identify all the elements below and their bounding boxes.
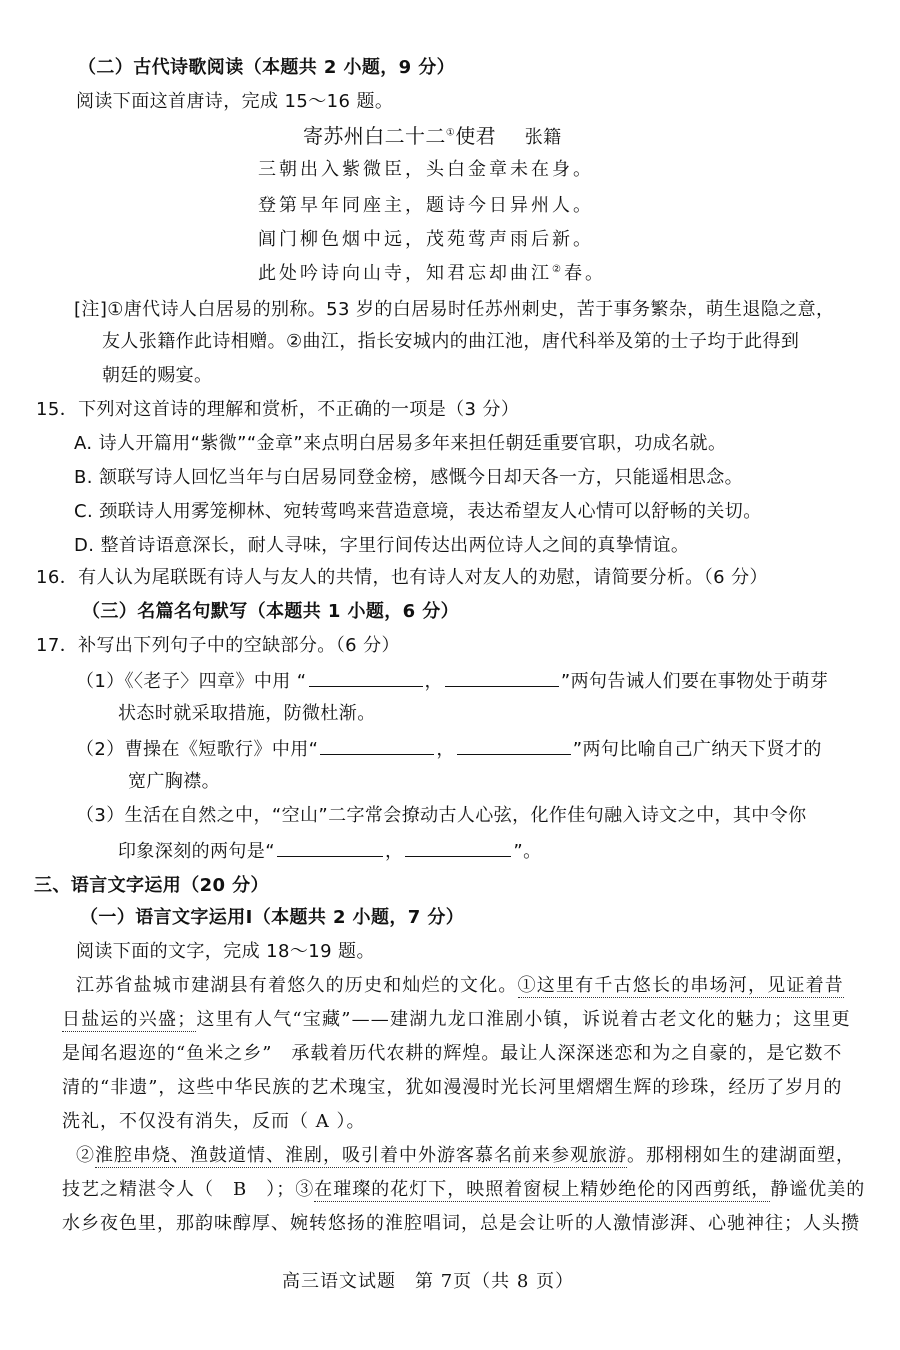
part-three-sub-heading: （一）语言文字运用Ⅰ（本题共 2 小题，7 分） [80, 906, 464, 930]
item-2-comma: ， [436, 739, 454, 760]
question-17-item-2: （2）曹操在《短歌行》中用“，”两句比喻自己广纳天下贤才的 [76, 736, 822, 762]
passage-line-2: 日盐运的兴盛；这里有人气“宝藏”——建湖九龙口淮剧小镇，诉说着古老文化的魅力；这… [62, 1008, 851, 1032]
question-15-option-a: A. 诗人开篇用“紫微”“金章”来点明白居易多年来担任朝廷重要官职，功成名就。 [74, 432, 726, 456]
poem-line-4-end: 春。 [564, 263, 606, 284]
poem-line-4: 此处吟诗向山寺，知君忘却曲江②春。 [258, 262, 606, 286]
underlined-sentence-1: ①这里有千古悠长的串场河，见证着昔 [518, 975, 844, 998]
passage-line-6: ②淮腔串烧、渔鼓道情、淮剧，吸引着中外游客慕名前来参观旅游。那栩栩如生的建湖面塑… [76, 1144, 855, 1168]
answer-blank-1a[interactable] [309, 668, 423, 687]
page-footer: 高三语文试题 第 7页（共 8 页） [282, 1270, 574, 1294]
item-2-prefix: （2）曹操在《短歌行》中用“ [76, 739, 318, 760]
passage-line-8: 水乡夜色里，那韵味醇厚、婉转悠扬的淮腔唱词，总是会让听的人激情澎湃、心驰神往；人… [62, 1212, 860, 1236]
question-17-stem: 17．补写出下列句子中的空缺部分。（6 分） [36, 634, 400, 658]
item-3-comma: ， [385, 841, 403, 862]
question-15-stem: 15．下列对这首诗的理解和赏析，不正确的一项是（3 分） [36, 398, 519, 422]
question-15-option-c: C. 颈联诗人用雾笼柳林、宛转莺鸣来营造意境，表达希望友人心情可以舒畅的关切。 [74, 500, 762, 524]
passage-line-7: 技艺之精湛令人（ B ）；③在璀璨的花灯下，映照着窗棂上精妙绝伦的冈西剪纸，静谧… [62, 1178, 865, 1202]
note-line-2: 友人张籍作此诗相赠。②曲江，指长安城内的曲江池，唐代科举及第的士子均于此得到 [102, 330, 799, 354]
passage-text: ② [76, 1145, 95, 1166]
answer-blank-2a[interactable] [320, 736, 434, 755]
poem-line-4-text: 此处吟诗向山寺，知君忘却曲江 [258, 263, 552, 284]
question-17-item-1-cont: 状态时就采取措施，防微杜渐。 [118, 702, 376, 726]
section-heading-recitation: （三）名篇名句默写（本题共 1 小题，6 分） [82, 600, 459, 624]
poem-line-1: 三朝出入紫微臣，头白金章未在身。 [258, 158, 594, 182]
footnote-mark-2: ② [552, 264, 564, 275]
item-3-prefix: 印象深刻的两句是“ [118, 841, 275, 862]
poem-line-2: 登第早年同座主，题诗今日异州人。 [258, 194, 594, 218]
passage-text: 这里有人气“宝藏”——建湖九龙口淮剧小镇，诉说着古老文化的魅力；这里更 [196, 1009, 850, 1030]
answer-blank-3a[interactable] [277, 838, 383, 857]
section-instruction: 阅读下面这首唐诗，完成 15～16 题。 [76, 90, 393, 114]
poem-line-3: 阊门柳色烟中远，茂苑莺声雨后新。 [258, 228, 594, 252]
poem-title-text: 寄苏州白二十二 [303, 124, 446, 148]
note-line-3: 朝廷的赐宴。 [102, 364, 212, 388]
passage-text: 静谧优美的 [770, 1179, 865, 1200]
underlined-sentence-1-end: 日盐运的兴盛； [62, 1009, 196, 1032]
item-3-suffix: ”。 [513, 841, 541, 862]
question-16-stem: 16．有人认为尾联既有诗人与友人的共情，也有诗人对友人的劝慰，请简要分析。（6 … [36, 566, 768, 590]
answer-blank-2b[interactable] [457, 736, 571, 755]
question-17-item-2-cont: 宽广胸襟。 [128, 770, 220, 794]
item-1-comma: ， [425, 671, 443, 692]
question-17-item-3: （3）生活在自然之中，“空山”二字常会撩动古人心弦，化作佳句融入诗文之中，其中令… [76, 804, 807, 828]
passage-text: 技艺之精湛令人（ B ）；③ [62, 1179, 314, 1200]
note-line-1: [注]①唐代诗人白居易的别称。53 岁的白居易时任苏州刺史，苦于事务繁杂，萌生退… [74, 298, 834, 322]
passage-text: 江苏省盐城市建湖县有着悠久的历史和灿烂的文化。 [76, 975, 518, 996]
section-heading-poetry: （二）古代诗歌阅读（本题共 2 小题，9 分） [78, 56, 455, 80]
answer-blank-3b[interactable] [405, 838, 511, 857]
passage-line-1: 江苏省盐城市建湖县有着悠久的历史和灿烂的文化。①这里有千古悠长的串场河，见证着昔 [76, 974, 844, 998]
item-1-prefix: （1）《〈老子〉四章》中用 “ [76, 671, 307, 692]
poem-title-suffix: 使君 [455, 124, 496, 148]
passage-line-5: 洗礼，不仅没有消失，反而（ A ）。 [62, 1110, 365, 1134]
passage-line-4: 清的“非遗”，这些中华民族的艺术瑰宝，犹如漫漫时光长河里熠熠生辉的珍珠，经历了岁… [62, 1076, 842, 1100]
question-17-item-1: （1）《〈老子〉四章》中用 “，”两句告诫人们要在事物处于萌芽 [76, 668, 828, 694]
question-17-item-3-cont: 印象深刻的两句是“，”。 [118, 838, 541, 864]
question-15-option-d: D. 整首诗语意深长，耐人寻味，字里行间传达出两位诗人之间的真挚情谊。 [74, 534, 689, 558]
poem-title: 寄苏州白二十二①使君 张籍 [303, 124, 562, 150]
part-three-heading: 三、语言文字运用（20 分） [34, 874, 269, 898]
underlined-sentence-2: 淮腔串烧、渔鼓道情、淮剧，吸引着中外游客慕名前来参观旅游 [95, 1145, 627, 1168]
item-2-suffix: ”两句比喻自己广纳天下贤才的 [573, 739, 822, 760]
part-three-instruction: 阅读下面的文字，完成 18～19 题。 [76, 940, 375, 964]
passage-line-3: 是闻名遐迩的“鱼米之乡” 承载着历代农耕的辉煌。最让人深深迷恋和为之自豪的，是它… [62, 1042, 842, 1066]
poem-author: 张籍 [525, 127, 562, 148]
footnote-mark-1: ① [446, 127, 455, 138]
answer-blank-1b[interactable] [445, 668, 559, 687]
item-1-suffix: ”两句告诫人们要在事物处于萌芽 [561, 671, 828, 692]
passage-text: 。那栩栩如生的建湖面塑， [627, 1145, 855, 1166]
underlined-sentence-3: 在璀璨的花灯下，映照着窗棂上精妙绝伦的冈西剪纸， [314, 1179, 770, 1202]
question-15-option-b: B. 颔联写诗人回忆当年与白居易同登金榜，感慨今日却天各一方，只能遥相思念。 [74, 466, 743, 490]
